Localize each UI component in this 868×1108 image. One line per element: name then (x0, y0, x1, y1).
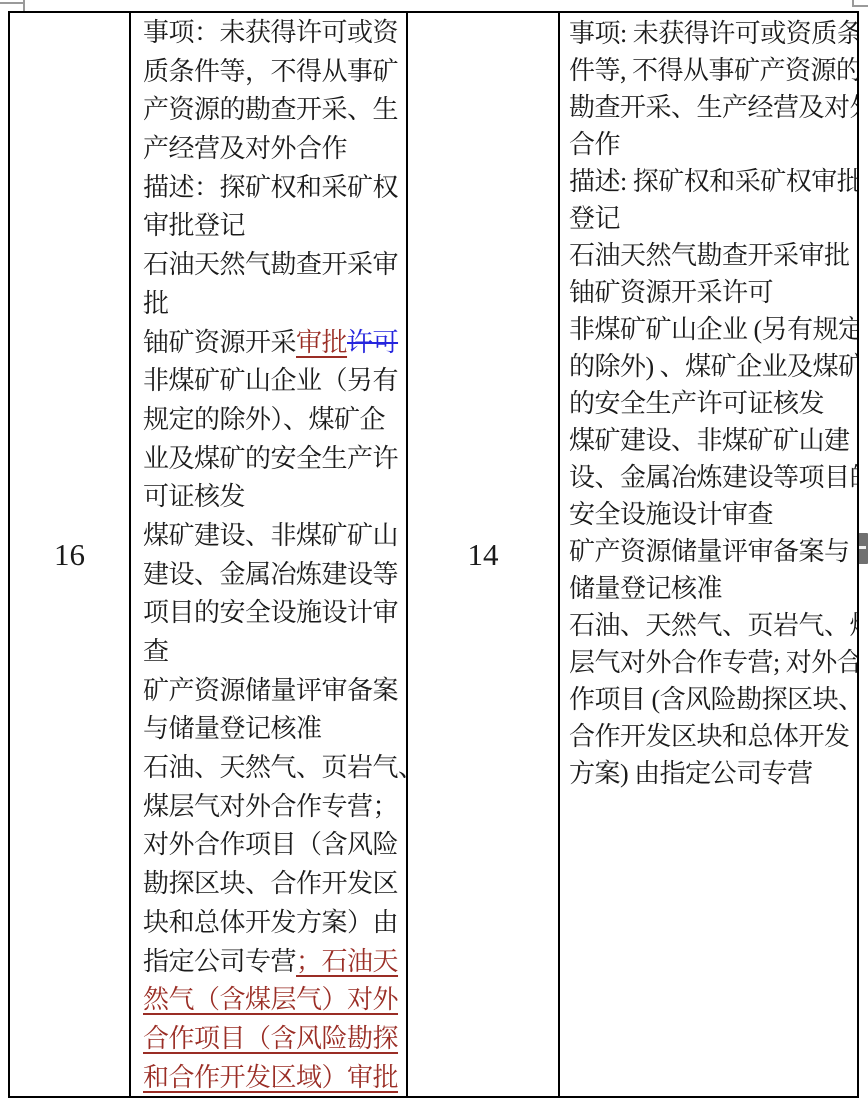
text-line: 设、金属冶炼建设等项目的 (569, 459, 857, 496)
text-run: 事项：未获得许可或资 (143, 18, 398, 47)
text-run: 勘探区块、合作开发区 (143, 869, 398, 898)
text-run: 铀矿资源开采 (143, 328, 296, 357)
text-run: 铀矿资源开采许可 (569, 278, 773, 307)
text-run: 登记 (569, 204, 620, 233)
text-run: 审批登记 (143, 211, 245, 240)
text-run: 描述: 探矿权和采矿权审批 (569, 167, 857, 196)
text-line: 石油、天然气、页岩气、 (143, 749, 406, 788)
text-run: 的安全生产许可证核发 (569, 389, 824, 418)
text-line: 批 (143, 285, 406, 324)
text-line: 事项：未获得许可或资 (143, 14, 406, 53)
text-line: 产经营及对外合作 (143, 130, 406, 169)
inserted-text: 合作项目（含风险勘探 (143, 1024, 398, 1053)
text-line: 勘探区块、合作开发区 (143, 865, 406, 904)
text-run: 矿产资源储量评审备案与 (569, 537, 850, 566)
text-run: 煤矿建设、非煤矿矿山 (143, 521, 398, 550)
text-line: 石油天然气勘查开采审批 (569, 237, 857, 274)
text-run: 矿产资源储量评审备案 (143, 676, 398, 705)
text-run: 储量登记核准 (569, 574, 722, 603)
text-line: 矿产资源储量评审备案与 (569, 533, 857, 570)
text-run: 煤层气对外合作专营； (143, 792, 398, 821)
text-line: 石油天然气勘查开采审 (143, 246, 406, 285)
text-line: 非煤矿矿山企业 (另有规定 (569, 311, 857, 348)
text-line: 指定公司专营；石油天 (143, 943, 406, 982)
text-run: 描述：探矿权和采矿权 (143, 173, 398, 202)
text-line: 非煤矿矿山企业（另有 (143, 362, 406, 401)
text-run: 批 (143, 289, 169, 318)
text-line: 审批登记 (143, 207, 406, 246)
text-line: 铀矿资源开采许可 (569, 274, 857, 311)
text-line: 合作项目（含风险勘探 (143, 1020, 406, 1059)
inserted-text: ；石油天 (296, 947, 398, 976)
text-line: 质条件等，不得从事矿 (143, 53, 406, 92)
left-index-cell: 16 (10, 13, 129, 1096)
text-line: 块和总体开发方案）由 (143, 904, 406, 943)
text-run: 块和总体开发方案）由 (143, 908, 398, 937)
text-line: 煤层气对外合作专营； (143, 788, 406, 827)
text-line: 合作开发区块和总体开发 (569, 718, 857, 755)
text-line: 业及煤矿的安全生产许 (143, 440, 406, 479)
text-line: 件等, 不得从事矿产资源的 (569, 52, 857, 89)
left-text-cell: 事项：未获得许可或资质条件等，不得从事矿产资源的勘查开采、生产经营及对外合作描述… (131, 13, 406, 1096)
deleted-text: 许可 (347, 328, 398, 357)
text-run: 石油天然气勘查开采审 (143, 250, 398, 279)
text-line: 的安全生产许可证核发 (569, 385, 857, 422)
text-line: 然气（含煤层气）对外 (143, 981, 406, 1020)
text-line: 产资源的勘查开采、生 (143, 91, 406, 130)
text-line: 建设、金属冶炼建设等 (143, 556, 406, 595)
right-text-cell: 事项: 未获得许可或资质条件等, 不得从事矿产资源的勘查开采、生产经营及对外合作… (560, 13, 857, 1096)
text-line: 规定的除外）、煤矿企 (143, 401, 406, 440)
inserted-text: 然气（含煤层气）对外 (143, 985, 398, 1014)
text-run: 建设、金属冶炼建设等 (143, 560, 398, 589)
top-right-edge-fragment (852, 5, 868, 7)
text-run: 石油、天然气、页岩气、煤 (569, 611, 857, 640)
text-run: 与储量登记核准 (143, 714, 322, 743)
text-line: 石油、天然气、页岩气、煤 (569, 607, 857, 644)
text-run: 煤矿建设、非煤矿矿山建 (569, 426, 850, 455)
text-line: 安全设施设计审查 (569, 496, 857, 533)
text-run: 非煤矿矿山企业 (另有规定 (569, 315, 857, 344)
text-run: 质条件等，不得从事矿 (143, 57, 398, 86)
scrollbar-thumb-grip-icon (858, 546, 866, 549)
text-line: 对外合作项目（含风险 (143, 826, 406, 865)
top-left-edge-fragment (0, 2, 25, 4)
text-run: 方案) 由指定公司专营 (569, 759, 813, 788)
text-run: 产资源的勘查开采、生 (143, 95, 398, 124)
document-page: 16 事项：未获得许可或资质条件等，不得从事矿产资源的勘查开采、生产经营及对外合… (0, 0, 868, 1108)
text-line: 项目的安全设施设计审 (143, 594, 406, 633)
text-line: 合作 (569, 126, 857, 163)
text-line: 事项: 未获得许可或资质条 (569, 15, 857, 52)
right-index-value: 14 (468, 537, 499, 573)
text-line: 和合作开发区域）审批 (143, 1059, 406, 1096)
text-run: 安全设施设计审查 (569, 500, 773, 529)
text-line: 煤矿建设、非煤矿矿山 (143, 517, 406, 556)
text-line: 层气对外合作专营; 对外合 (569, 644, 857, 681)
top-right-edge-fragment-vertical (852, 0, 854, 7)
text-run: 石油、天然气、页岩气、 (143, 753, 406, 782)
text-run: 件等, 不得从事矿产资源的 (569, 56, 857, 85)
comparison-table: 16 事项：未获得许可或资质条件等，不得从事矿产资源的勘查开采、生产经营及对外合… (8, 11, 859, 1098)
text-run: 的除外) 、煤矿企业及煤矿 (569, 352, 857, 381)
text-line: 描述：探矿权和采矿权 (143, 169, 406, 208)
text-line: 作项目 (含风险勘探区块、 (569, 681, 857, 718)
text-line: 储量登记核准 (569, 570, 857, 607)
text-run: 事项: 未获得许可或资质条 (569, 19, 857, 48)
text-line: 可证核发 (143, 478, 406, 517)
text-run: 产经营及对外合作 (143, 134, 347, 163)
text-line: 登记 (569, 200, 857, 237)
text-line: 勘查开采、生产经营及对外 (569, 89, 857, 126)
text-run: 指定公司专营 (143, 947, 296, 976)
inserted-text: 和合作开发区域）审批 (143, 1063, 398, 1092)
text-line: 查 (143, 633, 406, 672)
right-index-cell: 14 (408, 13, 558, 1096)
text-run: 合作 (569, 130, 620, 159)
text-line: 矿产资源储量评审备案 (143, 672, 406, 711)
text-line: 方案) 由指定公司专营 (569, 755, 857, 792)
text-run: 对外合作项目（含风险 (143, 830, 398, 859)
text-run: 设、金属冶炼建设等项目的 (569, 463, 857, 492)
text-run: 非煤矿矿山企业（另有 (143, 366, 398, 395)
text-run: 项目的安全设施设计审 (143, 598, 398, 627)
text-run: 勘查开采、生产经营及对外 (569, 93, 857, 122)
text-run: 作项目 (含风险勘探区块、 (569, 685, 857, 714)
text-run: 可证核发 (143, 482, 245, 511)
text-line: 铀矿资源开采审批许可 (143, 324, 406, 363)
text-run: 业及煤矿的安全生产许 (143, 444, 398, 473)
text-line: 的除外) 、煤矿企业及煤矿 (569, 348, 857, 385)
left-index-value: 16 (54, 537, 85, 573)
text-line: 煤矿建设、非煤矿矿山建 (569, 422, 857, 459)
text-run: 合作开发区块和总体开发 (569, 722, 850, 751)
text-line: 与储量登记核准 (143, 710, 406, 749)
text-run: 石油天然气勘查开采审批 (569, 241, 850, 270)
text-line: 描述: 探矿权和采矿权审批 (569, 163, 857, 200)
inserted-text: 审批 (296, 328, 347, 357)
text-run: 规定的除外）、煤矿企 (143, 405, 385, 434)
text-run: 查 (143, 637, 169, 666)
text-run: 层气对外合作专营; 对外合 (569, 648, 857, 677)
